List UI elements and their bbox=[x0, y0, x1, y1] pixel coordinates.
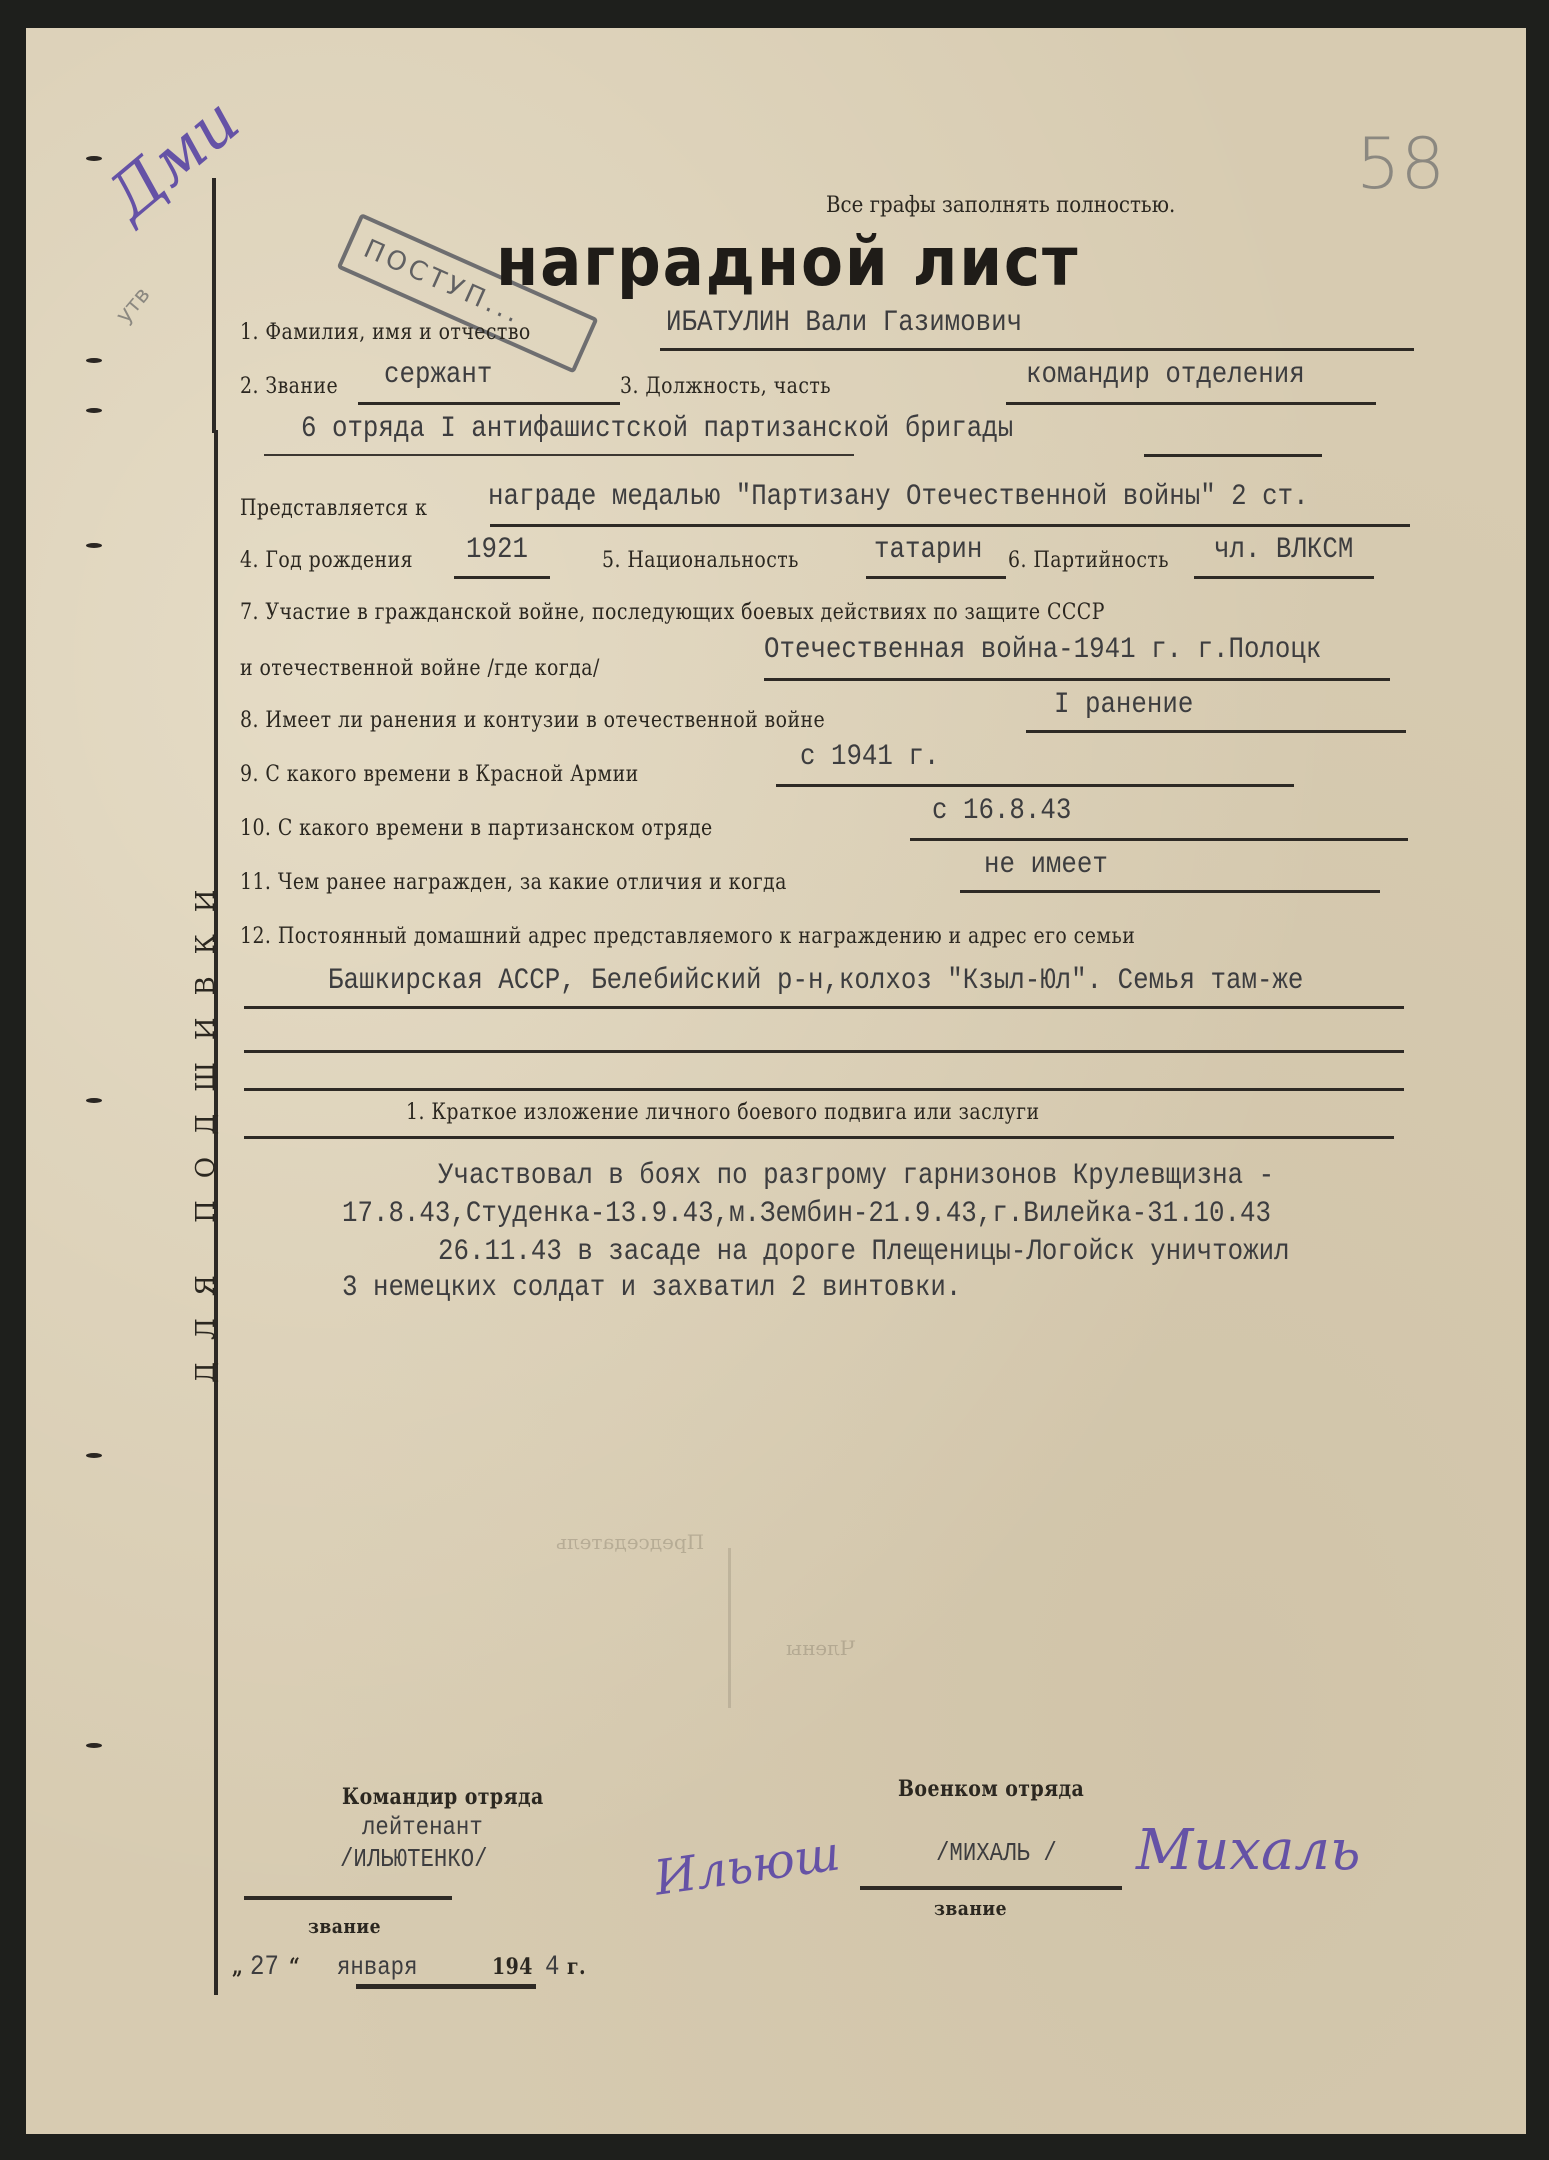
reverse-showthrough-text: Члены bbox=[786, 1636, 855, 1660]
summary-line-4: 3 немецких солдат и захватил 2 винтовки. bbox=[342, 1268, 961, 1308]
field-6-underline bbox=[1194, 576, 1374, 579]
instruction-note: Все графы заполнять полностью. bbox=[826, 193, 1175, 218]
binding-label: ДЛЯ ПОДШИВКИ bbox=[191, 868, 221, 1383]
date-line: „ 27 “ января 194 4 г. bbox=[232, 1952, 589, 1983]
field-6-value: чл. ВЛКСМ bbox=[1214, 533, 1353, 567]
document-title: наградной лист bbox=[496, 223, 1079, 302]
award-label: Представляется к bbox=[240, 496, 427, 521]
page-number-pencil: 58 bbox=[1356, 123, 1445, 205]
field-12-underline bbox=[244, 1088, 1404, 1091]
summary-heading: 1. Краткое изложение личного боевого под… bbox=[406, 1100, 1039, 1125]
field-3-value-continued: 6 отряда I антифашистской партизанской б… bbox=[301, 412, 1013, 446]
commander-name: /ИЛЬЮТЕНКО/ bbox=[340, 1844, 488, 1874]
field-5-underline bbox=[866, 576, 1006, 579]
award-value: награде медалью "Партизану Отечественной… bbox=[488, 480, 1309, 514]
field-4-value: 1921 bbox=[466, 533, 528, 567]
field-7-label-continued: и отечественной войне /где когда/ bbox=[240, 656, 600, 681]
field-12-value: Башкирская АССР, Белебийский р-н,колхоз … bbox=[328, 964, 1303, 998]
binding-hole bbox=[86, 543, 102, 548]
binding-hole bbox=[86, 1098, 102, 1103]
binding-hole bbox=[86, 1453, 102, 1458]
date-month-underline bbox=[356, 1984, 536, 1989]
field-7-underline bbox=[764, 678, 1390, 681]
field-4-underline bbox=[454, 576, 550, 579]
field-8-underline bbox=[1026, 730, 1406, 733]
field-5-label: 5. Национальность bbox=[602, 548, 799, 573]
commissar-name: /МИХАЛЬ / bbox=[936, 1838, 1057, 1868]
margin-pencil-annotation: утв bbox=[111, 283, 155, 329]
date-close-quote: “ bbox=[289, 1954, 300, 1980]
commander-signature: Ильюш bbox=[651, 1825, 843, 1906]
binding-margin-line bbox=[212, 178, 216, 433]
field-10-label: 10. С какого времени в партизанском отря… bbox=[240, 816, 713, 841]
date-year-prefix: 194 bbox=[492, 1954, 533, 1980]
field-4-label: 4. Год рождения bbox=[240, 548, 413, 573]
commander-title: Командир отряда bbox=[342, 1784, 544, 1810]
field-3-underline bbox=[1006, 402, 1376, 405]
field-1-underline bbox=[660, 348, 1414, 351]
date-day: 27 bbox=[250, 1952, 279, 1983]
field-12-label: 12. Постоянный домашний адрес представля… bbox=[240, 924, 1135, 949]
field-1-label: 1. Фамилия, имя и отчество bbox=[240, 320, 531, 345]
field-3-cont-underline bbox=[1144, 454, 1322, 457]
reverse-showthrough-text: Председатель bbox=[556, 1530, 704, 1554]
field-11-underline bbox=[960, 890, 1380, 893]
date-open-quote: „ bbox=[232, 1954, 243, 1980]
commander-rank-caption: звание bbox=[308, 1914, 381, 1938]
field-3-label: 3. Должность, часть bbox=[620, 374, 831, 399]
summary-line-1: Участвовал в боях по разгрому гарнизонов… bbox=[438, 1156, 1274, 1196]
binding-hole bbox=[86, 156, 102, 161]
field-9-label: 9. С какого времени в Красной Армии bbox=[240, 762, 639, 787]
field-2-label: 2. Звание bbox=[240, 374, 338, 399]
summary-line-2: 17.8.43,Студенка-13.9.43,м.Зембин-21.9.4… bbox=[342, 1194, 1271, 1234]
field-12-underline bbox=[244, 1050, 1404, 1053]
award-underline bbox=[490, 524, 1410, 527]
commander-rank: лейтенант bbox=[362, 1812, 483, 1842]
field-6-label: 6. Партийность bbox=[1008, 548, 1169, 573]
field-12-underline bbox=[244, 1006, 1404, 1009]
field-8-label: 8. Имеет ли ранения и контузии в отечест… bbox=[240, 708, 825, 733]
summary-heading-underline bbox=[244, 1136, 1394, 1139]
field-9-underline bbox=[776, 784, 1294, 787]
commissar-signature: Михаль bbox=[1136, 1818, 1361, 1883]
margin-ink-annotation: Дми bbox=[94, 84, 254, 235]
commander-underline bbox=[244, 1896, 452, 1900]
binding-hole bbox=[86, 1743, 102, 1748]
field-11-value: не имеет bbox=[984, 848, 1108, 882]
field-7-value: Отечественная война-1941 г. г.Полоцк bbox=[764, 633, 1321, 667]
binding-hole bbox=[86, 408, 102, 413]
summary-line-3: 26.11.43 в засаде на дороге Плещеницы-Ло… bbox=[438, 1232, 1290, 1272]
field-3-value: командир отделения bbox=[1026, 358, 1305, 392]
field-7-label: 7. Участие в гражданской войне, последую… bbox=[240, 600, 1105, 625]
commissar-underline bbox=[860, 1886, 1122, 1890]
commissar-rank-caption: звание bbox=[934, 1896, 1007, 1920]
reverse-showthrough-line bbox=[728, 1548, 731, 1708]
field-9-value: с 1941 г. bbox=[800, 740, 939, 774]
binding-hole bbox=[86, 358, 102, 363]
field-2-value: сержант bbox=[384, 358, 492, 392]
field-11-label: 11. Чем ранее награжден, за какие отличи… bbox=[240, 870, 787, 895]
date-month: января bbox=[337, 1952, 457, 1982]
field-3-cont-underline bbox=[264, 454, 854, 456]
field-10-underline bbox=[910, 838, 1408, 841]
field-2-underline bbox=[358, 402, 620, 405]
field-5-value: татарин bbox=[874, 533, 982, 567]
field-1-value: ИБАТУЛИН Вали Газимович bbox=[666, 306, 1022, 340]
field-8-value: I ранение bbox=[1054, 688, 1193, 722]
date-year-unit: г. bbox=[567, 1954, 586, 1980]
field-10-value: с 16.8.43 bbox=[932, 794, 1071, 828]
award-sheet-paper: Дми утв 58 ДЛЯ ПОДШИВКИ Все графы заполн… bbox=[26, 28, 1526, 2134]
date-year-suffix: 4 bbox=[545, 1952, 559, 1983]
commissar-title: Военком отряда bbox=[898, 1776, 1084, 1802]
